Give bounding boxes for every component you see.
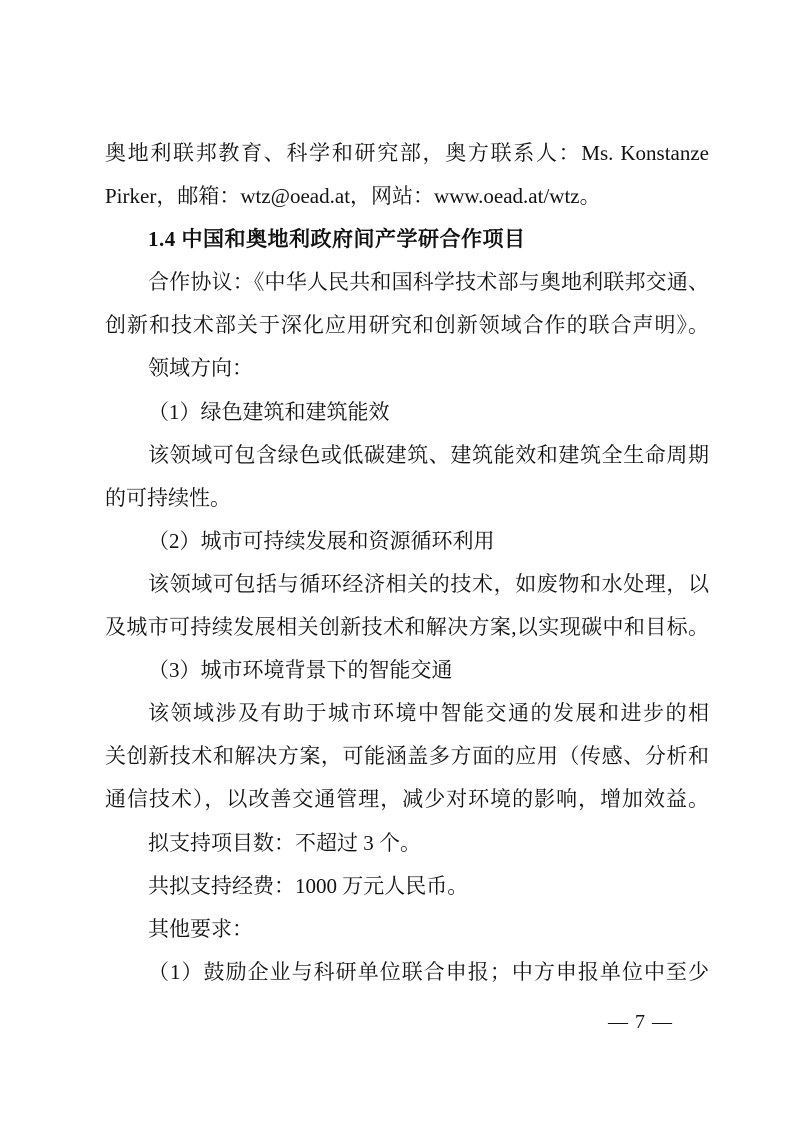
text-line: 通信技术），以改善交通管理，减少对环境的影响，增加效益。 [105,778,709,821]
text-line: 拟支持项目数：不超过 3 个。 [105,822,709,865]
text-line: 创新和技术部关于深化应用研究和创新领域合作的联合声明》。 [105,304,709,347]
text-line: （3）城市环境背景下的智能交通 [105,649,709,692]
text-line: 关创新技术和解决方案，可能涵盖多方面的应用（传感、分析和 [105,735,709,778]
text-line: 及城市可持续发展相关创新技术和解决方案,以实现碳中和目标。 [105,606,709,649]
text-line: 该领域可包含绿色或低碳建筑、建筑能效和建筑全生命周期 [105,434,709,477]
section-heading-line: 1.4 中国和奥地利政府间产学研合作项目 [105,218,709,261]
text-line: 共拟支持经费：1000 万元人民币。 [105,865,709,908]
text-line: 奥地利联邦教育、科学和研究部，奥方联系人：Ms. Konstanze [105,132,709,175]
text-line: 的可持续性。 [105,477,709,520]
text-line: （1）鼓励企业与科研单位联合申报；中方申报单位中至少 [105,951,709,994]
document-page: 奥地利联邦教育、科学和研究部，奥方联系人：Ms. KonstanzePirker… [0,0,800,1131]
document-body: 奥地利联邦教育、科学和研究部，奥方联系人：Ms. KonstanzePirker… [105,132,709,994]
text-line: Pirker，邮箱：wtz@oead.at，网站：www.oead.at/wtz… [105,175,709,218]
text-line: 合作协议：《中华人民共和国科学技术部与奥地利联邦交通、 [105,261,709,304]
text-line: 该领域涉及有助于城市环境中智能交通的发展和进步的相 [105,692,709,735]
text-line: 其他要求： [105,908,709,951]
text-line: （1）绿色建筑和建筑能效 [105,391,709,434]
page-number: — 7 — [608,1009,673,1035]
text-line: 该领域可包括与循环经济相关的技术，如废物和水处理，以 [105,563,709,606]
text-line: （2）城市可持续发展和资源循环利用 [105,520,709,563]
text-line: 领域方向： [105,347,709,390]
